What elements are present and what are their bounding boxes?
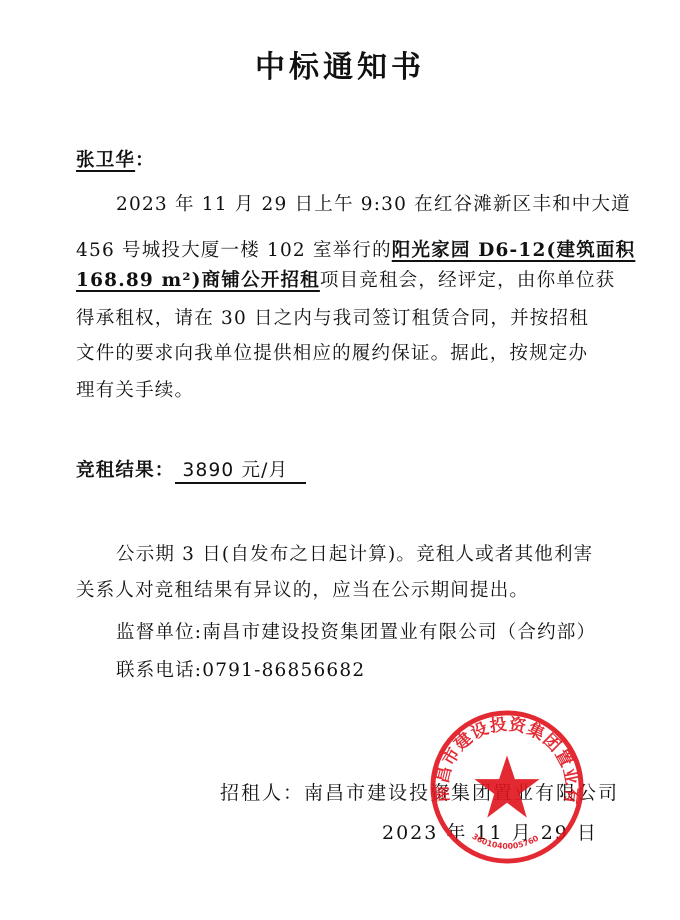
result-row: 竞租结果：3890 元/月 bbox=[76, 456, 306, 484]
body-line-2: 456 号城投大厦一楼 102 室举行的阳光家园 D6-12(建筑面积 bbox=[76, 236, 635, 262]
notice-line-1: 公示期 3 日(自发布之日起计算)。竞租人或者其他利害 bbox=[116, 540, 593, 566]
supervisor: 监督单位:南昌市建设投资集团置业有限公司（合约部） bbox=[116, 618, 596, 644]
document-title: 中标通知书 bbox=[0, 42, 680, 86]
contact-phone: 联系电话:0791-86856682 bbox=[116, 656, 365, 682]
svg-text:3601040005760: 3601040005760 bbox=[470, 832, 540, 851]
addressee-name: 张卫华 bbox=[76, 150, 135, 171]
project-name-cont: 168.89 m²)商铺公开招租 bbox=[76, 270, 320, 291]
body-line-4: 得承租权，请在 30 日之内与我司签订租赁合同，并按招租 bbox=[76, 304, 589, 330]
notice-line-2: 关系人对竞租结果有异议的，应当在公示期间提出。 bbox=[76, 576, 529, 602]
body-line-5: 文件的要求向我单位提供相应的履约保证。据此，按规定办 bbox=[76, 339, 588, 365]
result-value: 3890 元/月 bbox=[175, 456, 307, 484]
body-line-6: 理有关手续。 bbox=[76, 376, 194, 402]
body-line-1: 2023 年 11 月 29 日上午 9:30 在红谷滩新区丰和中大道 bbox=[116, 190, 631, 216]
company-seal-icon: 南昌市建设投资集团置业有限公司 3601040005760 bbox=[428, 708, 586, 866]
project-name: 阳光家园 D6-12(建筑面积 bbox=[392, 240, 636, 261]
result-label: 竞租结果： bbox=[76, 460, 175, 481]
body-line-3: 168.89 m²)商铺公开招租项目竞租会，经评定，由你单位获 bbox=[76, 266, 615, 292]
addressee: 张卫华： bbox=[76, 146, 155, 172]
